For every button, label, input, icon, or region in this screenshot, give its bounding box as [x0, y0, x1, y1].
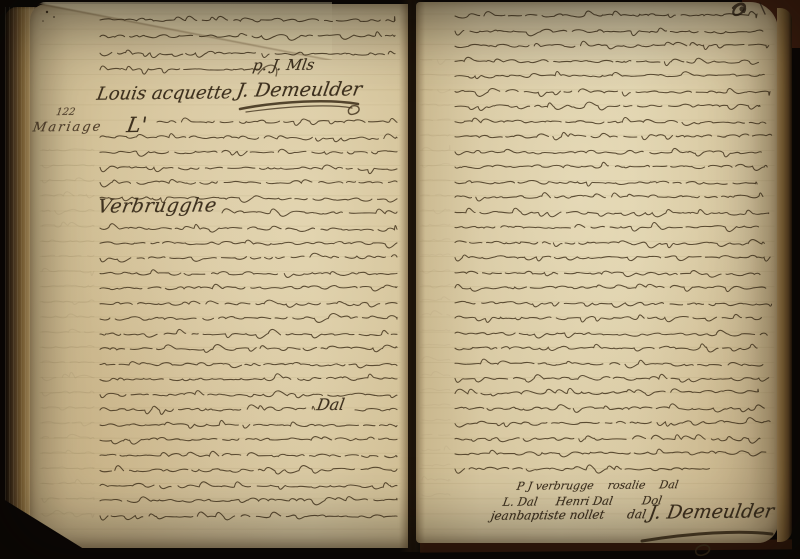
- signature-demeulder-bottom: J. Demeulder: [647, 500, 776, 523]
- register-book-photo: 122 Mariage p. J. Mls Louis acquette J. …: [0, 0, 800, 559]
- signature-demeulder-top: J. Demeulder: [235, 78, 364, 101]
- margin-act-number: 122: [55, 107, 76, 118]
- inline-paraph-signature: p. J. Mls: [251, 56, 315, 75]
- signature-line-3: jeanbaptiste nollet dal: [490, 507, 648, 523]
- act-opening-initial: L': [125, 113, 149, 137]
- groom-name-verbrugghe: Verbrugghe: [96, 194, 218, 217]
- bride-name-dal: Dal: [315, 395, 346, 414]
- signature-louis-acquette: Louis acquette: [95, 82, 234, 104]
- signature-line-1: P J verbrugge rosalie Dal: [516, 478, 680, 493]
- margin-act-type: Mariage: [32, 120, 104, 136]
